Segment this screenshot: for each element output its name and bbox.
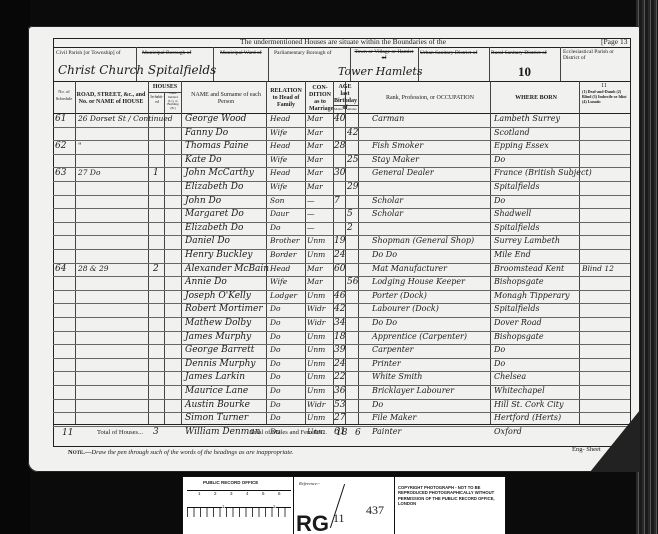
row-male-age: 42 [334, 304, 345, 314]
row-name: James Larkin [185, 372, 245, 382]
row-female-age: 25 [347, 155, 358, 165]
row-relation: Do [270, 345, 281, 354]
row-inhabited: 1 [153, 168, 159, 178]
row-relation: Wife [270, 182, 287, 191]
row-infirmity: Blind 12 [582, 264, 614, 273]
footer-note: Note.—Draw the pen through such of the w… [68, 449, 294, 456]
archive-series: RG [296, 513, 329, 534]
row-male-age: 27 [334, 413, 345, 423]
scale-mark: 1 [198, 491, 201, 496]
row-road: " [78, 141, 81, 150]
row-where-born: Whitechapel [494, 386, 545, 395]
row-condition: Widr [307, 400, 325, 409]
scale-mark: 1 [222, 504, 225, 509]
divider [394, 477, 395, 534]
col-header-name: NAME and Surname of each Person [190, 92, 262, 106]
row-name: Daniel Do [185, 236, 230, 246]
row-male-age: 46 [334, 291, 345, 301]
row-male-age: 24 [334, 359, 345, 369]
row-name: Robert Mortimer [185, 304, 263, 314]
archive-office: PUBLIC RECORD OFFICE [203, 480, 258, 485]
row-where-born: Hertford (Herts) [494, 413, 561, 422]
row-name: Thomas Paine [185, 141, 249, 151]
row-condition: Widr [307, 304, 325, 313]
archive-folio: 437 [366, 503, 384, 518]
divider [293, 477, 294, 534]
field-label-ecclesiastical: Ecclesiastical Parish or District of [563, 49, 627, 61]
row-male-age: 24 [334, 250, 345, 260]
row-condition: Mar [307, 128, 323, 137]
row-condition: Widr [307, 318, 325, 327]
scale-mark: 4 [246, 491, 249, 496]
row-condition: Mar [307, 141, 323, 150]
row-condition: Mar [307, 182, 323, 191]
note-prefix: Note.— [68, 449, 91, 456]
col-header-males: Males [334, 106, 343, 112]
row-where-born: Chelsea [494, 372, 526, 381]
row-where-born: Dover Road [494, 318, 542, 327]
column-divider [181, 81, 182, 424]
row-occupation: White Smith [372, 372, 422, 381]
row-name: Austin Bourke [185, 400, 250, 410]
field-label-rural-sanitary: Rural Sanitary District of [491, 50, 559, 56]
row-name: Annie Do [185, 277, 227, 287]
col-header-schedule: No. of Schedule [54, 88, 74, 102]
row-relation: Wife [270, 128, 287, 137]
row-where-born: Mile End [494, 250, 531, 259]
row-condition: — [307, 223, 315, 232]
row-male-age: 34 [334, 318, 345, 328]
total-persons-label: Total of Males and Females... [250, 430, 327, 436]
row-condition: Unm [307, 413, 325, 422]
column-divider [266, 81, 267, 424]
row-name: Joseph O'Kelly [185, 291, 251, 301]
total-schedules-tally: 11 [62, 428, 73, 438]
row-schedule: 63 [55, 168, 66, 178]
column-divider [148, 81, 149, 424]
divider [489, 47, 490, 81]
divider [268, 47, 269, 81]
row-occupation: Scholar [372, 196, 403, 205]
row-occupation: Printer [372, 359, 401, 368]
row-where-born: Do [494, 155, 505, 164]
col-header-houses: HOUSES [149, 84, 181, 91]
row-name: John McCarthy [185, 168, 254, 178]
scan-left-border [0, 0, 30, 534]
row-occupation: General Dealer [372, 168, 434, 177]
column-divider [579, 81, 580, 424]
col-header-uninhabited: Unin-habited (U.), or Building (B.) [165, 92, 181, 111]
row-name: Margaret Do [185, 209, 244, 219]
row-female-age: 56 [347, 277, 358, 287]
row-where-born: Do [494, 359, 505, 368]
row-relation: Head [270, 114, 290, 123]
row-relation: Do [270, 332, 281, 341]
row-occupation: Shopman (General Shop) [372, 236, 474, 245]
row-where-born: Scotland [494, 128, 530, 137]
row-name: John Do [185, 196, 221, 206]
row-where-born: Epping Essex [494, 141, 549, 150]
row-relation: Brother [270, 236, 299, 245]
row-male-age: 39 [334, 345, 345, 355]
row-divider [53, 127, 630, 128]
row-name: Simon Turner [185, 413, 248, 423]
row-where-born: Hill St. Cork City [494, 400, 564, 409]
row-name: Elizabeth Do [185, 223, 243, 233]
row-occupation: Carpenter [372, 345, 414, 354]
row-condition: Unm [307, 372, 325, 381]
row-male-age: 40 [334, 114, 345, 124]
row-female-age: 5 [347, 209, 353, 219]
col-header-road: ROAD, STREET, &c., and No. or NAME of HO… [76, 92, 146, 106]
row-name: James Murphy [185, 332, 251, 342]
row-occupation: Carman [372, 114, 404, 123]
row-occupation: Do Do [372, 250, 397, 259]
archive-piece: 11 [333, 511, 345, 526]
archive-copyright: COPYRIGHT PHOTOGRAPH - NOT TO BE REPRODU… [398, 485, 502, 506]
row-relation: Head [270, 168, 290, 177]
row-name: Kate Do [185, 155, 222, 165]
row-relation: Do [270, 413, 281, 422]
row-where-born: Oxford [494, 427, 522, 436]
row-where-born: Do [494, 196, 505, 205]
row-occupation: Painter [372, 427, 401, 436]
row-name: George Barrett [185, 345, 254, 355]
row-where-born: Surrey Lambeth [494, 236, 560, 245]
field-value-parliamentary-borough: Tower Hamlets [338, 65, 422, 78]
row-condition: Mar [307, 277, 323, 286]
archive-scale-inch: 1 2 [187, 507, 291, 517]
row-road: 27 Do [78, 168, 100, 177]
col-header-where-born: WHERE BORN [494, 95, 578, 102]
col-header-infirmity: (1) Deaf-and-Dumb (2) Blind (3) Imbecile… [582, 89, 628, 104]
field-label-municipal-borough: Municipal Borough of [142, 50, 191, 56]
column-divider [490, 81, 491, 424]
archive-reference-label: Reference:- [299, 481, 320, 486]
divider [53, 424, 630, 425]
row-relation: Lodger [270, 291, 297, 300]
row-female-age: 29 [347, 182, 358, 192]
row-where-born: Spitalfields [494, 182, 540, 191]
row-road: 28 & 29 [78, 264, 109, 273]
row-condition: Unm [307, 345, 325, 354]
field-label-civil-parish: Civil Parish [or Township] of [56, 50, 121, 56]
row-male-age: 36 [334, 386, 345, 396]
row-condition: Unm [307, 332, 325, 341]
row-divider [53, 222, 630, 223]
banner-text: The undermentioned Houses are situate wi… [240, 39, 446, 45]
row-divider [53, 195, 630, 196]
col-header-condition: CON-DITION as to Marriage [309, 85, 331, 113]
column-divider [305, 81, 306, 424]
col-header-relation: RELATION to Head of Family [268, 88, 304, 109]
row-condition: — [307, 209, 315, 218]
row-schedule: 61 [55, 114, 66, 124]
row-schedule: 64 [55, 264, 66, 274]
row-where-born: Lambeth Surrey [494, 114, 560, 123]
row-where-born: Broomstead Kent [494, 264, 564, 273]
row-occupation: Labourer (Dock) [372, 304, 439, 313]
row-condition: Unm [307, 291, 325, 300]
row-male-age: 60 [334, 264, 345, 274]
row-relation: Do [270, 400, 281, 409]
row-name: Fanny Do [185, 128, 228, 138]
row-condition: Mar [307, 168, 323, 177]
row-occupation: Porter (Dock) [372, 291, 427, 300]
row-where-born: France (British Subject) [494, 168, 592, 177]
row-relation: Do [270, 372, 281, 381]
row-name: Elizabeth Do [185, 182, 243, 192]
field-label-town-village: Town or Village or Hamlet of [354, 49, 414, 61]
total-houses-value: 3 [153, 427, 159, 437]
row-condition: Mar [307, 114, 323, 123]
scale-mark: 5 [262, 491, 265, 496]
row-where-born: Spitalfields [494, 223, 540, 232]
total-females: 6 [355, 428, 361, 438]
total-houses-label: Total of Houses... [97, 430, 143, 436]
row-occupation: Do [372, 400, 383, 409]
row-male-age: 18 [334, 332, 345, 342]
row-name: Maurice Lane [185, 386, 248, 396]
page-fold [590, 410, 640, 472]
row-occupation: Stay Maker [372, 155, 419, 164]
row-condition: — [307, 196, 315, 205]
row-relation: Do [270, 304, 281, 313]
row-relation: Do [270, 386, 281, 395]
row-condition: Mar [307, 264, 323, 273]
row-relation: Do [270, 223, 281, 232]
row-relation: Head [270, 264, 290, 273]
field-label-parliamentary-borough: Parliamentary Borough of [274, 50, 331, 56]
column-divider [164, 92, 165, 424]
row-male-age: 22 [334, 372, 345, 382]
scale-mark: 2 [273, 504, 276, 509]
row-relation: Do [270, 359, 281, 368]
row-name: Alexander McBain [185, 264, 269, 274]
row-relation: Do [270, 318, 281, 327]
row-condition: Mar [307, 155, 323, 164]
row-relation: Daur [270, 209, 289, 218]
scale-mark: 3 [230, 491, 233, 496]
row-occupation: Apprentice (Carpenter) [372, 332, 467, 341]
row-occupation: File Maker [372, 413, 416, 422]
row-female-age: 42 [347, 128, 358, 138]
total-males: 18 [336, 428, 347, 438]
row-where-born: Monagh Tipperary [494, 291, 570, 300]
field-value-rural-sanitary: 10 [518, 64, 531, 80]
row-occupation: Bricklayer Labourer [372, 386, 454, 395]
row-relation: Wife [270, 277, 287, 286]
row-condition: Unm [307, 359, 325, 368]
row-where-born: Spitalfields [494, 304, 540, 313]
column-divider [75, 81, 76, 424]
row-male-age: 28 [334, 141, 345, 151]
row-occupation: Scholar [372, 209, 403, 218]
row-name: Dennis Murphy [185, 359, 255, 369]
row-condition: Unm [307, 386, 325, 395]
row-divider [53, 181, 630, 182]
row-occupation: Do Do [372, 318, 397, 327]
row-relation: Wife [270, 155, 287, 164]
page-number: [Page 13 [601, 39, 627, 45]
col-header-inhabited: In-habit-ed [150, 95, 164, 104]
row-divider [53, 208, 630, 209]
row-male-age: 7 [334, 196, 340, 206]
row-where-born: Bishopsgate [494, 277, 544, 286]
row-relation: Head [270, 141, 290, 150]
field-label-urban-sanitary: Urban Sanitary District of [420, 50, 486, 56]
row-name: Henry Buckley [185, 250, 252, 260]
scale-mark: 6 [278, 491, 281, 496]
row-where-born: Do [494, 345, 505, 354]
col-header-occupation: Rank, Profession, or OCCUPATION [370, 95, 490, 102]
scale-mark: 2 [214, 491, 217, 496]
row-occupation: Fish Smoker [372, 141, 423, 150]
note-text: Draw the pen through such of the words o… [91, 449, 293, 456]
row-inhabited: 2 [153, 264, 159, 274]
field-label-municipal-ward: Municipal Ward of [220, 50, 262, 56]
row-occupation: Lodging House Keeper [372, 277, 465, 286]
divider [560, 47, 561, 81]
row-relation: Son [270, 196, 284, 205]
row-name: Mathew Dolby [185, 318, 251, 328]
row-road: 26 Dorset St / Continued [78, 114, 173, 123]
row-where-born: Bishopsgate [494, 332, 544, 341]
row-occupation: Mat Manufacturer [372, 264, 447, 273]
row-relation: Border [270, 250, 296, 259]
row-male-age: 53 [334, 400, 345, 410]
row-name: George Wood [185, 114, 246, 124]
divider [53, 81, 630, 82]
col-header-females: Females [345, 106, 357, 112]
row-male-age: 30 [334, 168, 345, 178]
row-condition: Unm [307, 236, 325, 245]
archive-label: PUBLIC RECORD OFFICE 1 2 3 4 5 6 1 2 Ref… [182, 476, 506, 534]
row-divider [53, 154, 630, 155]
field-value-civil-parish: Christ Church Spitalfields [58, 63, 216, 77]
row-schedule: 62 [55, 141, 66, 151]
row-female-age: 2 [347, 223, 353, 233]
divider [53, 47, 630, 48]
row-condition: Unm [307, 250, 325, 259]
row-male-age: 19 [334, 236, 345, 246]
row-where-born: Shadwell [494, 209, 531, 218]
